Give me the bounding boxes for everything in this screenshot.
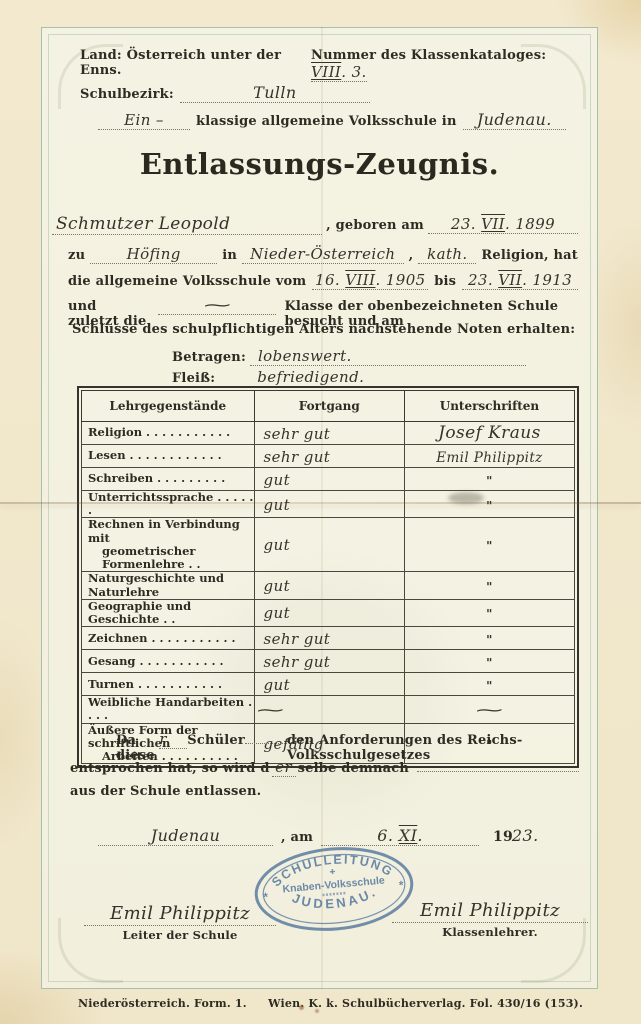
birth-date-line: 23. VII. 1899	[428, 215, 578, 234]
closing-line-3: aus der Schule entlassen.	[70, 784, 579, 799]
subject-cell: Religion . . . . . . . . . . .	[82, 422, 255, 445]
signature-value: "	[486, 539, 493, 553]
signature-value: ~	[473, 701, 506, 719]
land-label: Land:	[80, 48, 122, 63]
grade-value: ~	[253, 701, 286, 719]
school-place-line: Judenau.	[463, 110, 566, 130]
pupil-name-underline: Schmutzer Leopold	[52, 214, 322, 235]
subject-label: Naturgeschichte und Naturlehre	[88, 571, 224, 598]
scanned-certificate: Land: Österreich unter der Enns. Nummer …	[0, 0, 641, 1024]
subject-cell: Gesang . . . . . . . . . . .	[82, 650, 255, 673]
subject-label: Geographie und Geschichte . .	[88, 599, 191, 626]
subject-cell: Geographie und Geschichte . .	[82, 599, 255, 626]
vertical-fold-crease	[321, 27, 323, 989]
signature-cell: "	[404, 468, 574, 491]
fleiss-line: Fleiß: befriedigend.	[172, 368, 525, 387]
school-period-line: die allgemeine Volksschule vom 16. VIII.…	[68, 271, 578, 290]
grade-value: gut	[264, 496, 291, 514]
school-class-value: Ein –	[124, 111, 164, 129]
schlusse-line: Schlusse des schulpflichtigen Alters nac…	[72, 322, 582, 337]
grade-value: gut	[264, 536, 291, 554]
birth-place-line: Höfing	[90, 245, 217, 264]
signature-value: "	[486, 656, 493, 670]
signature-cell: Josef Kraus	[404, 422, 574, 445]
col-header-progress: Fortgang	[254, 391, 404, 422]
grade-cell: gut	[254, 673, 404, 696]
subject-cell: Schreiben . . . . . . . . .	[82, 468, 255, 491]
school-place-value: Judenau.	[477, 110, 552, 129]
grade-cell: sehr gut	[254, 445, 404, 468]
catalog-value-line: VIII. 3.	[311, 63, 367, 82]
klasse-line: ~	[158, 296, 276, 315]
signature-cell: "	[404, 518, 574, 572]
signature-cell: "	[404, 599, 574, 626]
betragen-value: lobenswert.	[258, 347, 352, 365]
stamp-small-text-line	[322, 893, 346, 895]
comma: ,	[409, 248, 414, 263]
grade-cell: sehr gut	[254, 650, 404, 673]
principal-signature: Emil Philippitz	[84, 903, 276, 926]
birthplace-line: zu Höfing in Nieder-Österreich , kath. R…	[68, 245, 578, 264]
closing-l2-p2: selbe demnach	[298, 761, 409, 776]
closing-l3-text: aus der Schule entlassen.	[70, 784, 261, 799]
er-suffix: er	[275, 758, 292, 776]
table-row: Weibliche Handarbeiten . . . . ~ ~	[82, 696, 575, 723]
birth-date: 23. VII. 1899	[451, 215, 555, 233]
closing-l1-p2: Schüler	[187, 733, 245, 748]
fleiss-label: Fleiß:	[172, 371, 215, 386]
grade-value: gut	[264, 604, 291, 622]
grade-cell: sehr gut	[254, 627, 404, 650]
signature-cell: Emil Philippitz	[404, 445, 574, 468]
stamp-star-left-icon: *	[263, 890, 269, 904]
zu-label: zu	[68, 248, 85, 263]
schlusse-text: Schlusse des schulpflichtigen Alters nac…	[72, 322, 575, 337]
subject-label: Rechnen in Verbindung mit	[88, 517, 240, 544]
bis-label: bis	[434, 274, 456, 289]
catalog-value: VIII. 3.	[311, 63, 367, 81]
table-row: Schreiben . . . . . . . . . gut "	[82, 468, 575, 491]
issue-place: Judenau	[151, 826, 220, 845]
table-row: Gesang . . . . . . . . . . . sehr gut "	[82, 650, 575, 673]
from-date: 16. VIII. 1905	[315, 271, 426, 289]
betragen-underline: lobenswert.	[250, 347, 526, 366]
principal-role: Leiter der Schule	[84, 928, 276, 942]
klasse-value: ~	[201, 296, 234, 314]
class-teacher-signature-block: Emil Philippitz Klassenlehrer.	[392, 900, 588, 939]
issue-place-line: Judenau	[98, 826, 273, 846]
signature-value: Emil Philippitz	[436, 450, 542, 466]
table-row: Unterrichtssprache . . . . . . gut "	[82, 491, 575, 518]
signature-value: "	[486, 499, 493, 513]
grade-cell: ~	[254, 696, 404, 723]
table-row: Rechnen in Verbindung mit geometrischer …	[82, 518, 575, 572]
table-row: Religion . . . . . . . . . . . sehr gut …	[82, 422, 575, 445]
grades-header-row: Lehrgegenstände Fortgang Unterschriften	[82, 391, 575, 422]
district-label: Schulbezirk:	[80, 87, 174, 102]
grade-cell: gut	[254, 491, 404, 518]
table-row: Geographie und Geschichte . . gut "	[82, 599, 575, 626]
class-teacher-role: Klassenlehrer.	[392, 925, 588, 939]
subject-label: Turnen . . . . . . . . . . .	[88, 677, 222, 691]
signature-cell: ~	[404, 696, 574, 723]
district-line: Schulbezirk: Tulln	[80, 83, 370, 103]
table-row: Zeichnen . . . . . . . . . . . sehr gut …	[82, 627, 575, 650]
grade-value: gut	[264, 471, 291, 489]
gender-suffix-line: r	[159, 730, 187, 749]
subject-label: Weibliche Handarbeiten . . . .	[88, 695, 252, 722]
fleiss-underline: befriedigend.	[239, 368, 525, 387]
grades-table-frame: Lehrgegenstände Fortgang Unterschriften …	[77, 386, 579, 768]
signature-value: "	[486, 633, 493, 647]
pupil-blank-line	[245, 729, 287, 744]
grades-table: Lehrgegenstände Fortgang Unterschriften …	[81, 390, 575, 764]
publisher-note: Wien. K. k. Schulbücherverlag. Fol. 430/…	[268, 997, 583, 1010]
grade-value: gut	[264, 577, 291, 595]
school-printed-text: klassige allgemeine Volksschule in	[196, 114, 457, 129]
birth-place: Höfing	[127, 245, 181, 263]
from-date-line: 16. VIII. 1905	[312, 271, 428, 290]
subject-label: Religion . . . . . . . . . . .	[88, 425, 230, 439]
in-label: in	[222, 248, 237, 263]
betragen-line: Betragen: lobenswert.	[172, 347, 526, 366]
col-header-subjects: Lehrgegenstände	[82, 391, 255, 422]
signature-value: "	[486, 679, 493, 693]
catalog-number: Nummer des Klassenkataloges: VIII. 3.	[311, 48, 587, 82]
signature-value: Josef Kraus	[438, 423, 541, 443]
to-date-line: 23. VII. 1913	[462, 271, 578, 290]
grade-cell: gut	[254, 599, 404, 626]
subject-cell: Turnen . . . . . . . . . . .	[82, 673, 255, 696]
year-printed: 19	[493, 829, 513, 845]
subject-label: Gesang . . . . . . . . . . .	[88, 654, 224, 668]
signature-cell: "	[404, 650, 574, 673]
signature-value: "	[486, 607, 493, 621]
closing-l2-p1: entsprochen hat, so wird d	[70, 761, 270, 776]
vom-label: die allgemeine Volksschule vom	[68, 274, 306, 289]
subject-cell: Unterrichtssprache . . . . . .	[82, 491, 255, 518]
catalog-label: Nummer des Klassenkataloges:	[311, 48, 546, 63]
subject-cell: Weibliche Handarbeiten . . . .	[82, 696, 255, 723]
grade-cell: gut	[254, 572, 404, 599]
subject-label-line2: geometrischer Formenlehre . .	[88, 545, 254, 571]
religion-label: Religion, hat	[481, 248, 578, 263]
closing-line-2: entsprochen hat, so wird d er selbe demn…	[70, 757, 579, 777]
born-label: , geboren am	[326, 218, 424, 233]
grade-cell: sehr gut	[254, 422, 404, 445]
subject-label: Zeichnen . . . . . . . . . . .	[88, 631, 236, 645]
fleiss-value: befriedigend.	[257, 368, 364, 386]
date-line: Judenau , am 6. XI. 19 23.	[98, 826, 550, 846]
land-line: Land: Österreich unter der Enns. Nummer …	[80, 48, 587, 82]
subject-cell: Zeichnen . . . . . . . . . . .	[82, 627, 255, 650]
grade-value: gut	[264, 676, 291, 694]
subject-cell: Lesen . . . . . . . . . . . .	[82, 445, 255, 468]
signature-cell: "	[404, 572, 574, 599]
school-line: Ein – klassige allgemeine Volksschule in…	[98, 110, 566, 130]
district-value: Tulln	[253, 83, 297, 102]
am-label: , am	[281, 830, 313, 845]
betragen-label: Betragen:	[172, 350, 246, 365]
year-handwritten: 23.	[512, 826, 539, 845]
to-date: 23. VII. 1913	[468, 271, 572, 289]
gender-suffix: r	[159, 730, 167, 748]
closing-blank-line	[417, 757, 579, 772]
pupil-name-line: Schmutzer Leopold , geboren am 23. VII. …	[52, 214, 578, 235]
grade-cell: gut	[254, 468, 404, 491]
table-row: Naturgeschichte und Naturlehre gut "	[82, 572, 575, 599]
school-class-line: Ein –	[98, 111, 190, 130]
subject-cell: Naturgeschichte und Naturlehre	[82, 572, 255, 599]
stamp-cross-ornament-icon: ✚	[329, 868, 336, 876]
er-suffix-line: er	[272, 758, 296, 777]
religion-line: kath.	[418, 245, 476, 264]
table-row: Turnen . . . . . . . . . . . gut "	[82, 673, 575, 696]
subject-cell: Rechnen in Verbindung mit geometrischer …	[82, 518, 255, 572]
subject-label: Lesen . . . . . . . . . . . .	[88, 448, 222, 462]
subject-label: Schreiben . . . . . . . . .	[88, 471, 225, 485]
signature-cell: "	[404, 491, 574, 518]
religion-value: kath.	[427, 245, 468, 263]
stamp-star-right-icon: *	[398, 878, 404, 892]
page-title: Entlassungs-Zeugnis.	[41, 147, 598, 181]
signature-value: "	[486, 580, 493, 594]
signature-cell: "	[404, 627, 574, 650]
land-label-and-value: Land: Österreich unter der Enns.	[80, 48, 311, 78]
table-row: Lesen . . . . . . . . . . . . sehr gut E…	[82, 445, 575, 468]
grades-table-body: Religion . . . . . . . . . . . sehr gut …	[82, 422, 575, 764]
district-value-line: Tulln	[180, 83, 370, 103]
grade-cell: gut	[254, 518, 404, 572]
form-number: Niederösterreich. Form. 1.	[78, 997, 247, 1010]
signature-value: "	[486, 474, 493, 488]
pupil-name: Schmutzer Leopold	[56, 214, 230, 234]
signature-cell: "	[404, 673, 574, 696]
col-header-signatures: Unterschriften	[404, 391, 574, 422]
class-teacher-signature: Emil Philippitz	[392, 900, 588, 923]
principal-signature-block: Emil Philippitz Leiter der Schule	[84, 903, 276, 942]
